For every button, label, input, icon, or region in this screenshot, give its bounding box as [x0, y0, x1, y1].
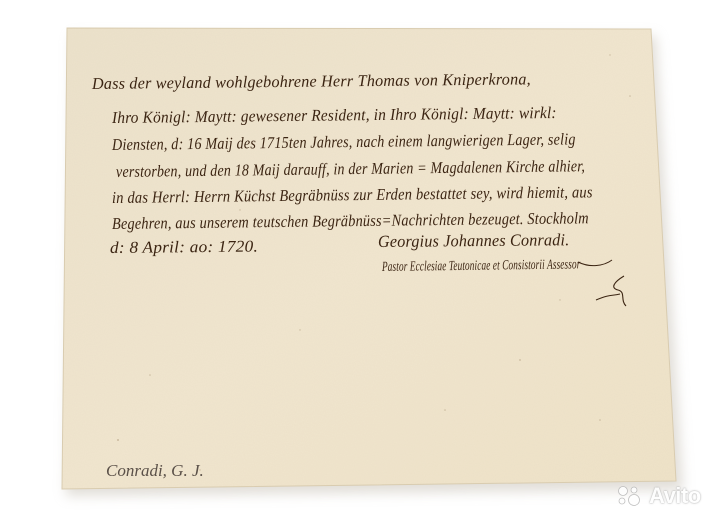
signature-name: Georgius Johannes Conradi.	[378, 230, 570, 252]
document-date-line: d: 8 April: ao: 1720.	[110, 237, 258, 258]
archive-note: Conradi, G. J.	[106, 461, 204, 481]
signature-title: Pastor Ecclesiae Teutonicae et Consistor…	[382, 257, 581, 276]
avito-watermark: Avito	[615, 483, 701, 509]
avito-dots-logo-icon	[615, 485, 645, 507]
photo-stage: Dass der weyland wohlgebohrene Herr Thom…	[0, 0, 720, 520]
avito-watermark-text: Avito	[649, 483, 701, 509]
